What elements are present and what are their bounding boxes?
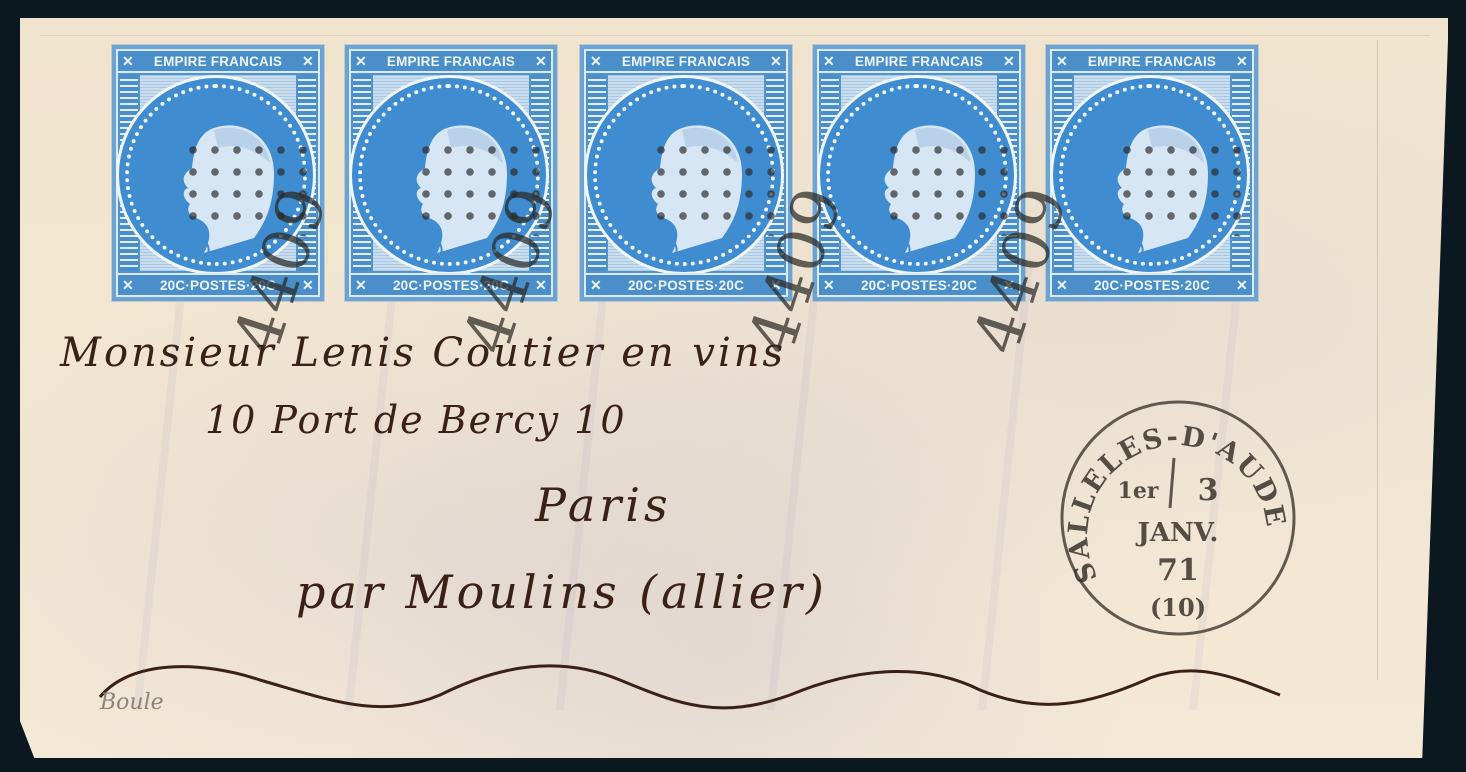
pencil-annotation: Boule (100, 690, 164, 715)
postmark-day: 3 (1188, 473, 1228, 508)
postmark-department: (10) (1058, 593, 1298, 622)
postmark-month: JANV. (1058, 518, 1298, 548)
flourish-underline (0, 0, 1466, 772)
postmark-year: 71 (1058, 553, 1298, 588)
postmark: SALLELES-D'AUDE 1er 3 JANV. 71 (10) (1058, 398, 1298, 638)
postmark-collection: 1er (1108, 478, 1168, 504)
